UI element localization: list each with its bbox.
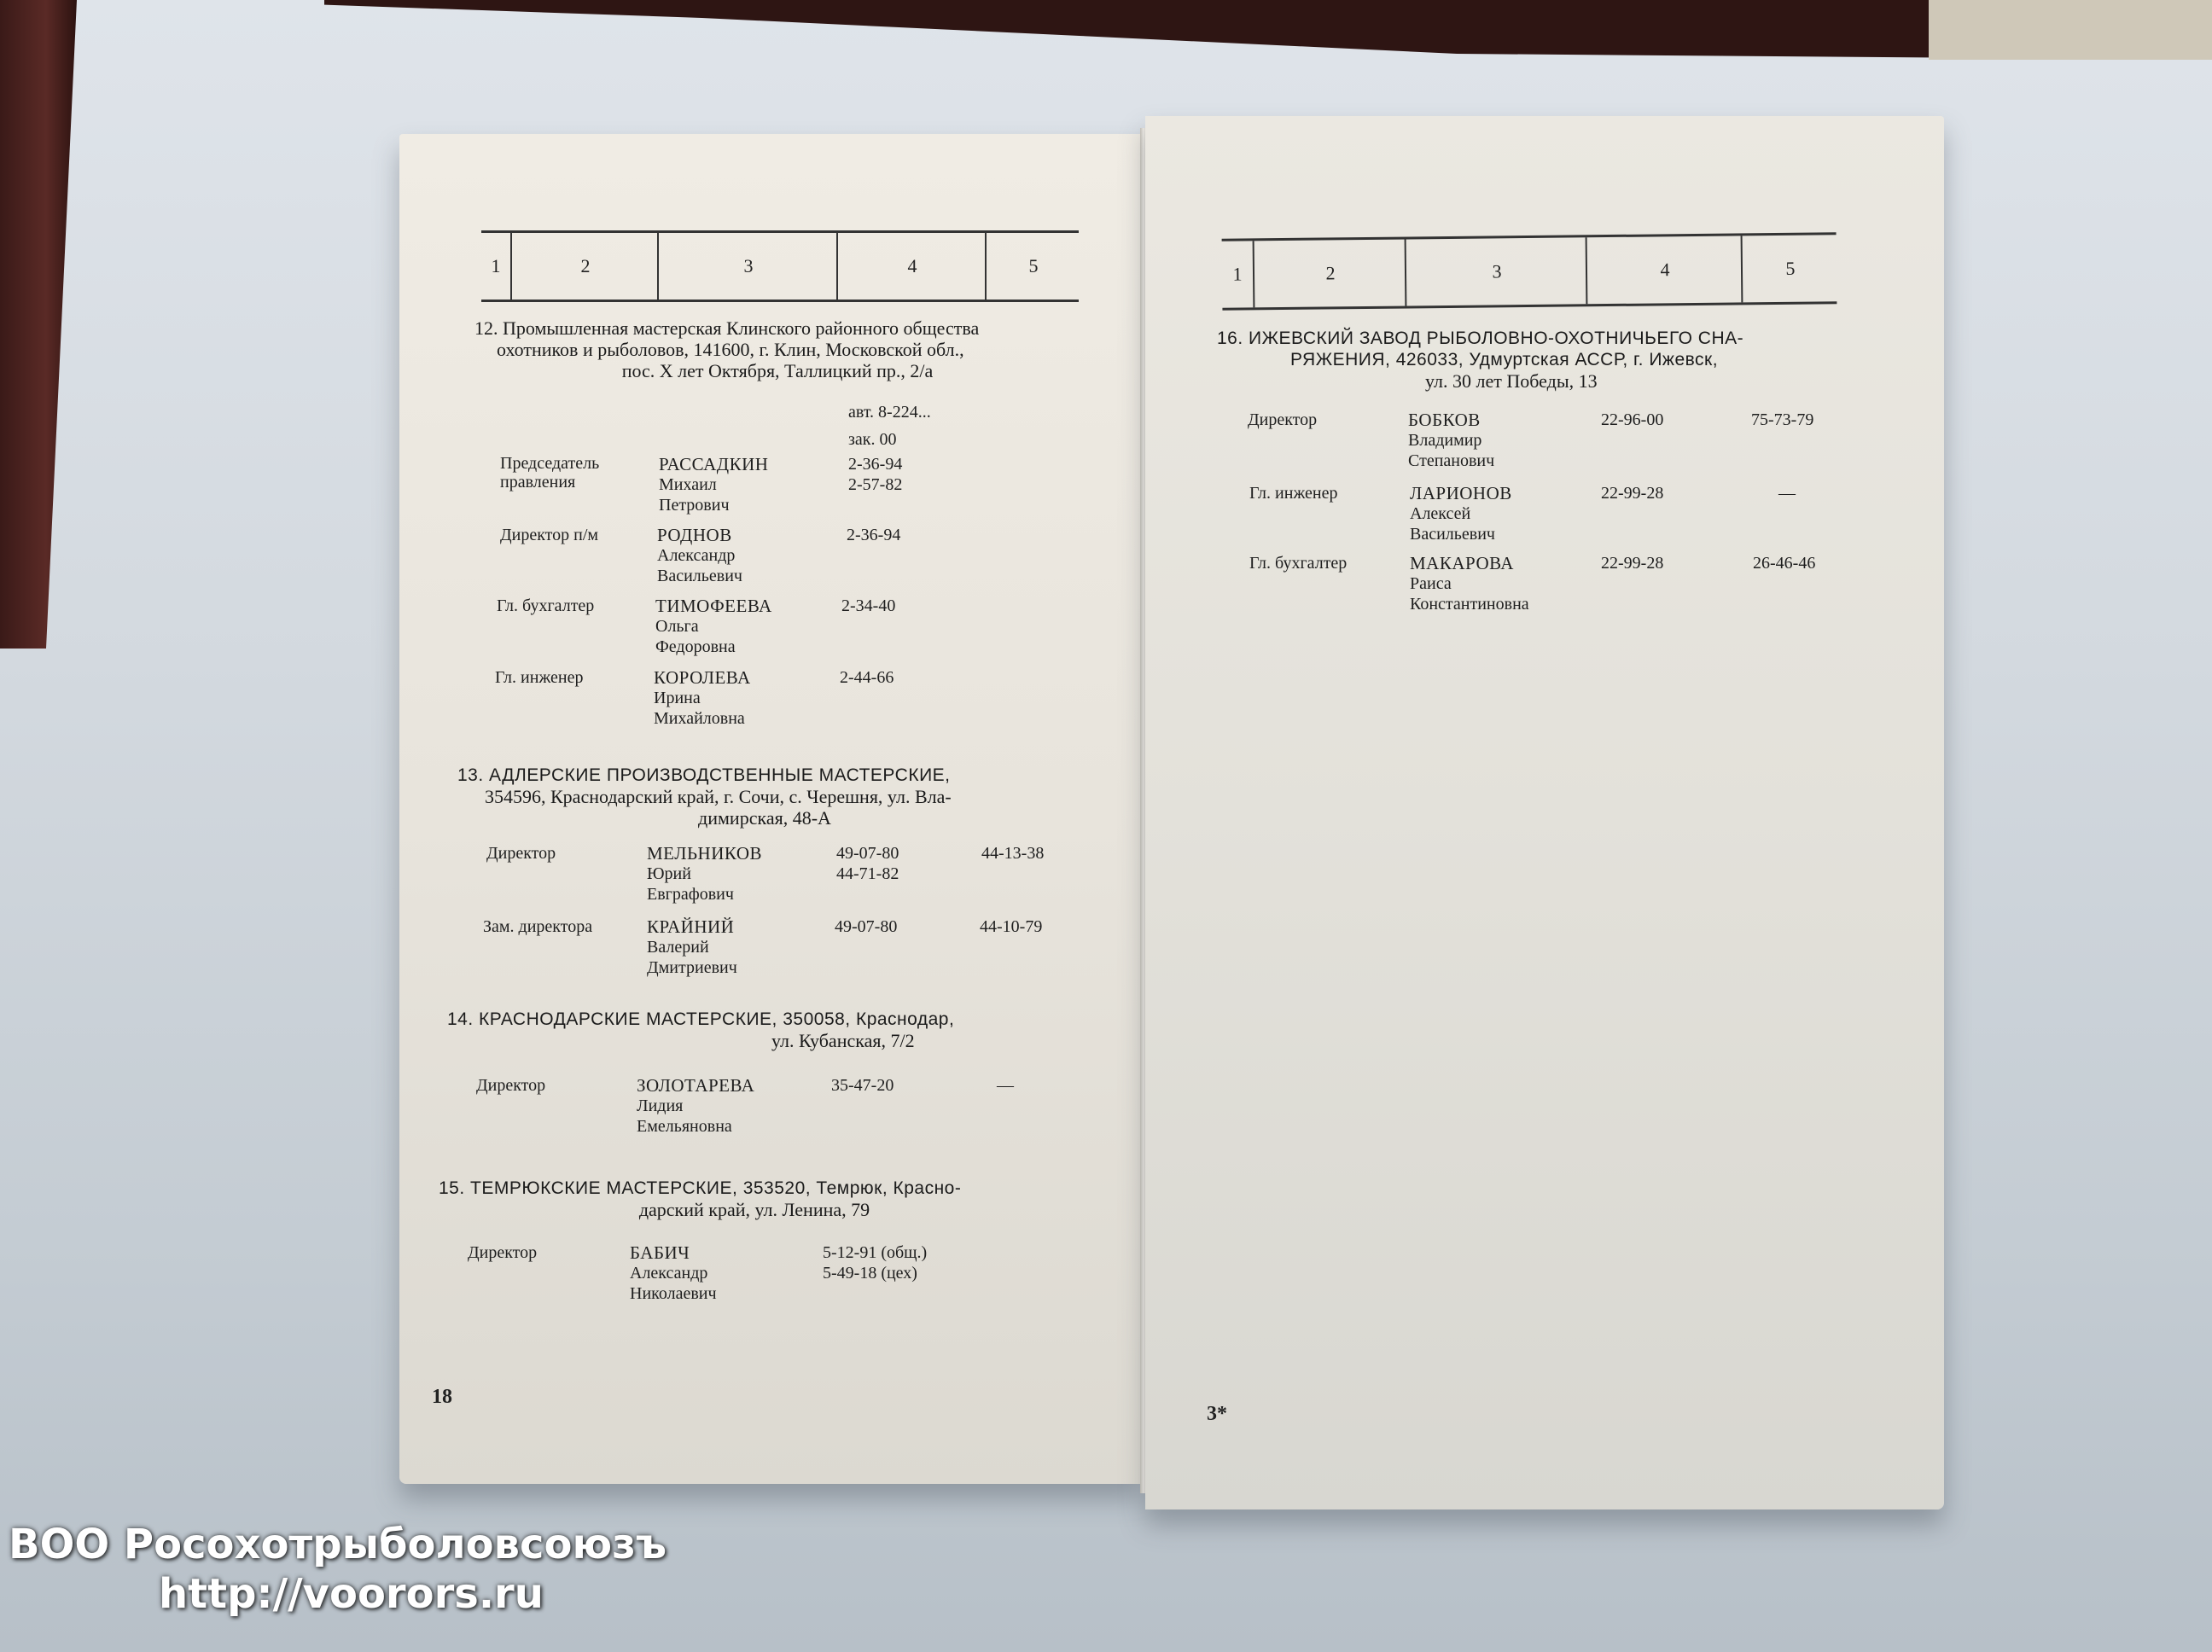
background-frame-edge	[0, 0, 77, 649]
phone-work: 22-99-28	[1601, 553, 1663, 573]
entry-14-heading: 14. КРАСНОДАРСКИЕ МАСТЕРСКИЕ, 350058, Кр…	[447, 1009, 1036, 1051]
phone-work: 35-47-20	[831, 1075, 894, 1096]
first-name: Владимир	[1408, 430, 1494, 451]
role-label: правления	[500, 473, 599, 492]
role-label: Директор п/м	[500, 525, 598, 545]
person-babich: Директор БАБИЧ Александр Николаевич 5-12…	[468, 1242, 1082, 1311]
surname: БАБИЧ	[630, 1242, 717, 1263]
role-label: Директор	[468, 1242, 537, 1263]
person-koroleva: Гл. инженер КОРОЛЕВА Ирина Михайловна 2-…	[495, 667, 1075, 736]
background-card	[1929, 0, 2212, 60]
person-timofeeva: Гл. бухгалтер ТИМОФЕЕВА Ольга Федоровна …	[497, 596, 1077, 664]
column-header-5: 5	[1741, 235, 1839, 302]
phone-work: 2-34-40	[841, 596, 895, 616]
surname: ЛАРИОНОВ	[1410, 483, 1512, 503]
right-page-number: 3*	[1207, 1403, 1227, 1426]
surname: МАКАРОВА	[1410, 553, 1529, 573]
patronymic: Константиновна	[1410, 594, 1529, 614]
right-table-header: 1 2 3 4 5	[1222, 232, 1837, 311]
patronymic: Емельяновна	[637, 1116, 754, 1137]
surname: ТИМОФЕЕВА	[655, 596, 772, 616]
phone-work: 2-36-94	[848, 454, 902, 474]
entry-12-phone-order: зак. 00	[848, 428, 897, 451]
phone-work: 2-57-82	[848, 474, 902, 495]
phone-work: 44-71-82	[836, 864, 899, 884]
column-header-2: 2	[510, 233, 659, 300]
column-header-1: 1	[1222, 241, 1254, 307]
role-label: Директор	[1248, 410, 1317, 430]
person-larionov: Гл. инженер ЛАРИОНОВ Алексей Васильевич …	[1249, 483, 1847, 551]
patronymic: Петрович	[659, 495, 768, 515]
patronymic: Степанович	[1408, 451, 1494, 471]
person-krainiy: Зам. директора КРАЙНИЙ Валерий Дмитриеви…	[483, 916, 1080, 985]
person-makarova: Гл. бухгалтер МАКАРОВА Раиса Константино…	[1249, 553, 1847, 621]
first-name: Юрий	[647, 864, 762, 884]
first-name: Александр	[657, 545, 742, 566]
first-name: Михаил	[659, 474, 768, 495]
patronymic: Николаевич	[630, 1283, 717, 1304]
column-header-4: 4	[836, 233, 987, 300]
watermark-url[interactable]: http://voorors.ru	[159, 1570, 544, 1618]
first-name: Валерий	[647, 937, 737, 957]
phone-work: 49-07-80	[836, 843, 899, 864]
person-bobkov: Директор БОБКОВ Владимир Степанович 22-9…	[1248, 410, 1845, 478]
first-name: Александр	[630, 1263, 717, 1283]
phone-home: —	[1778, 483, 1796, 503]
phone-home: 44-13-38	[981, 843, 1044, 864]
right-page	[1145, 116, 1944, 1509]
surname: РАССАДКИН	[659, 454, 768, 474]
phone-home: 44-10-79	[980, 916, 1042, 937]
column-header-4: 4	[1586, 236, 1743, 304]
patronymic: Васильевич	[657, 566, 742, 586]
phone-work: 22-99-28	[1601, 483, 1663, 503]
column-header-5: 5	[985, 233, 1080, 300]
patronymic: Васильевич	[1410, 524, 1512, 544]
patronymic: Федоровна	[655, 637, 772, 657]
left-table-header: 1 2 3 4 5	[481, 230, 1079, 302]
entry-12-heading: 12. Промышленная мастерская Клинского ра…	[474, 317, 1080, 381]
patronymic: Дмитриевич	[647, 957, 737, 978]
surname: РОДНОВ	[657, 525, 742, 545]
watermark-title: ВОО Росохотрыболовсоюзъ	[9, 1521, 667, 1568]
entry-13-heading: 13. АДЛЕРСКИЕ ПРОИЗВОДСТВЕННЫЕ МАСТЕРСКИ…	[457, 765, 1072, 829]
surname: КРАЙНИЙ	[647, 916, 737, 937]
role-label: Гл. инженер	[495, 667, 583, 688]
person-melnikov: Директор МЕЛЬНИКОВ Юрий Евграфович 49-07…	[486, 843, 1084, 911]
phone-work: 22-96-00	[1601, 410, 1663, 430]
phone-work: 2-36-94	[847, 525, 900, 545]
patronymic: Евграфович	[647, 884, 762, 905]
role-label: Гл. бухгалтер	[497, 596, 594, 616]
phone-home: 75-73-79	[1751, 410, 1813, 430]
entry-15-heading: 15. ТЕМРЮКСКИЕ МАСТЕРСКИЕ, 353520, Темрю…	[439, 1178, 1070, 1220]
column-header-3: 3	[657, 233, 838, 300]
surname: МЕЛЬНИКОВ	[647, 843, 762, 864]
first-name: Ирина	[654, 688, 751, 708]
person-zolotareva: Директор ЗОЛОТАРЕВА Лидия Емельяновна 35…	[476, 1075, 1074, 1143]
column-header-3: 3	[1405, 237, 1588, 305]
phone-home: —	[997, 1075, 1014, 1096]
role-label: Зам. директора	[483, 916, 592, 937]
person-rassadkin: Председатель правления РАССАДКИН Михаил …	[500, 454, 1080, 522]
role-label: Председатель	[500, 454, 599, 473]
role-label: Гл. инженер	[1249, 483, 1337, 503]
first-name: Ольга	[655, 616, 772, 637]
phone-home: 26-46-46	[1753, 553, 1815, 573]
column-header-2: 2	[1253, 240, 1407, 308]
role-label: Директор	[486, 843, 556, 864]
patronymic: Михайловна	[654, 708, 751, 729]
first-name: Лидия	[637, 1096, 754, 1116]
role-label: Гл. бухгалтер	[1249, 553, 1347, 573]
person-rodnov: Директор п/м РОДНОВ Александр Васильевич…	[500, 525, 1080, 593]
first-name: Алексей	[1410, 503, 1512, 524]
phone-work: 49-07-80	[835, 916, 897, 937]
surname: БОБКОВ	[1408, 410, 1494, 430]
column-header-1: 1	[481, 233, 510, 300]
entry-16-heading: 16. ИЖЕВСКИЙ ЗАВОД РЫБОЛОВНО-ОХОТНИЧЬЕГО…	[1217, 328, 1848, 392]
surname: ЗОЛОТАРЕВА	[637, 1075, 754, 1096]
surname: КОРОЛЕВА	[654, 667, 751, 688]
left-page-number: 18	[432, 1386, 452, 1409]
phone-work: 5-49-18 (цех)	[823, 1263, 927, 1283]
phone-work: 2-44-66	[840, 667, 894, 688]
phone-work: 5-12-91 (общ.)	[823, 1242, 927, 1263]
role-label: Директор	[476, 1075, 545, 1096]
first-name: Раиса	[1410, 573, 1529, 594]
entry-12-phone-auto: авт. 8-224...	[848, 401, 931, 423]
